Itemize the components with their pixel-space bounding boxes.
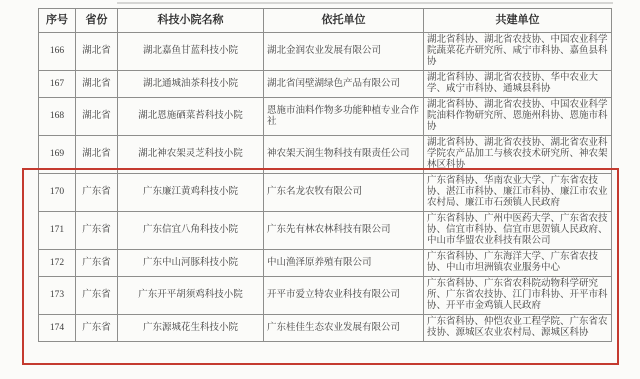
cell-no: 172 [39, 250, 76, 277]
table-row: 167湖北省湖北通城油茶科技小院湖北省闰壁湖绿色产品有限公司湖北省科协、湖北省农… [39, 71, 612, 98]
col-header-partner-units: 共建单位 [424, 9, 612, 33]
cell-province: 湖北省 [76, 33, 118, 71]
cell-name: 湖北恩施硒菜苔科技小院 [118, 98, 264, 136]
cell-partner-units: 广东省科协、华南农业大学、广东省农技协、湛江市科协、廉江市科协、廉江市农业农村局… [424, 174, 612, 212]
cell-no: 174 [39, 315, 76, 342]
cell-support-unit: 广东先有林农林科技有限公司 [264, 212, 424, 250]
cell-partner-units: 广东省科协、广东省农科院动物科学研究所、广东省农技协、江门市科协、开平市科协、开… [424, 277, 612, 315]
table-row: 166湖北省湖北嘉鱼甘蓝科技小院湖北金润农业发展有限公司湖北省科协、湖北省农技协… [39, 33, 612, 71]
cell-province: 湖北省 [76, 136, 118, 174]
table-row: 168湖北省湖北恩施硒菜苔科技小院恩施市油料作物多功能种植专业合作社湖北省科协、… [39, 98, 612, 136]
cell-support-unit: 广东桂佳生态农业发展有限公司 [264, 315, 424, 342]
cropped-row-artifact [117, 2, 613, 4]
col-header-no: 序号 [39, 9, 76, 33]
table-row: 173广东省广东开平胡须鸡科技小院开平市爱立特农业科技有限公司广东省科协、广东省… [39, 277, 612, 315]
col-header-name: 科技小院名称 [118, 9, 264, 33]
col-header-province: 省份 [76, 9, 118, 33]
cell-partner-units: 湖北省科协、湖北省农技协、华中农业大学、咸宁市科协、通城县科协 [424, 71, 612, 98]
cell-name: 广东中山河豚科技小院 [118, 250, 264, 277]
cell-support-unit: 神农架天润生物科技有限责任公司 [264, 136, 424, 174]
cell-province: 广东省 [76, 212, 118, 250]
cell-support-unit: 开平市爱立特农业科技有限公司 [264, 277, 424, 315]
cell-partner-units: 湖北省科协、湖北省农技协、中国农业科学院蔬菜花卉研究所、咸宁市科协、嘉鱼县科协 [424, 33, 612, 71]
cell-no: 173 [39, 277, 76, 315]
cell-support-unit: 中山渔泽原养殖有限公司 [264, 250, 424, 277]
tech-backyard-table: 序号 省份 科技小院名称 依托单位 共建单位 166湖北省湖北嘉鱼甘蓝科技小院湖… [38, 8, 612, 342]
cell-no: 166 [39, 33, 76, 71]
cell-province: 湖北省 [76, 98, 118, 136]
cell-partner-units: 广东省科协、广州中医药大学、广东省农技协、信宜市科协、信宜市思贺镇人民政府、中山… [424, 212, 612, 250]
cell-province: 广东省 [76, 315, 118, 342]
table-header-row: 序号 省份 科技小院名称 依托单位 共建单位 [39, 9, 612, 33]
cell-province: 广东省 [76, 277, 118, 315]
cell-no: 169 [39, 136, 76, 174]
table-row: 171广东省广东信宜八角科技小院广东先有林农林科技有限公司广东省科协、广州中医药… [39, 212, 612, 250]
cell-no: 167 [39, 71, 76, 98]
cell-partner-units: 湖北省科协、湖北省农技协、湖北省农业科学院农产品加工与核农技术研究所、神农架林区… [424, 136, 612, 174]
cell-name: 广东源城花生科技小院 [118, 315, 264, 342]
cell-no: 170 [39, 174, 76, 212]
cell-support-unit: 湖北金润农业发展有限公司 [264, 33, 424, 71]
cell-partner-units: 广东省科协、仲恺农业工程学院、广东省农技协、源城区农业农村局、源城区科协 [424, 315, 612, 342]
table-row: 170广东省广东廉江黄鸡科技小院广东名龙农牧有限公司广东省科协、华南农业大学、广… [39, 174, 612, 212]
col-header-support-unit: 依托单位 [264, 9, 424, 33]
cell-partner-units: 广东省科协、广东海洋大学、广东省农技协、中山市坦洲镇农业服务中心 [424, 250, 612, 277]
cell-support-unit: 广东名龙农牧有限公司 [264, 174, 424, 212]
document-page: 序号 省份 科技小院名称 依托单位 共建单位 166湖北省湖北嘉鱼甘蓝科技小院湖… [0, 0, 640, 379]
table-row: 174广东省广东源城花生科技小院广东桂佳生态农业发展有限公司广东省科协、仲恺农业… [39, 315, 612, 342]
cell-province: 广东省 [76, 250, 118, 277]
table-row: 169湖北省湖北神农架灵芝科技小院神农架天润生物科技有限责任公司湖北省科协、湖北… [39, 136, 612, 174]
cell-partner-units: 湖北省科协、湖北省农技协、中国农业科学院油料作物研究所、恩施州科协、恩施市科协 [424, 98, 612, 136]
cell-name: 广东信宜八角科技小院 [118, 212, 264, 250]
cell-name: 湖北通城油茶科技小院 [118, 71, 264, 98]
cell-name: 湖北嘉鱼甘蓝科技小院 [118, 33, 264, 71]
cell-name: 广东廉江黄鸡科技小院 [118, 174, 264, 212]
cell-support-unit: 恩施市油料作物多功能种植专业合作社 [264, 98, 424, 136]
cell-support-unit: 湖北省闰壁湖绿色产品有限公司 [264, 71, 424, 98]
cell-name: 广东开平胡须鸡科技小院 [118, 277, 264, 315]
table-row: 172广东省广东中山河豚科技小院中山渔泽原养殖有限公司广东省科协、广东海洋大学、… [39, 250, 612, 277]
cell-no: 168 [39, 98, 76, 136]
cell-province: 广东省 [76, 174, 118, 212]
cell-no: 171 [39, 212, 76, 250]
cell-province: 湖北省 [76, 71, 118, 98]
cell-name: 湖北神农架灵芝科技小院 [118, 136, 264, 174]
